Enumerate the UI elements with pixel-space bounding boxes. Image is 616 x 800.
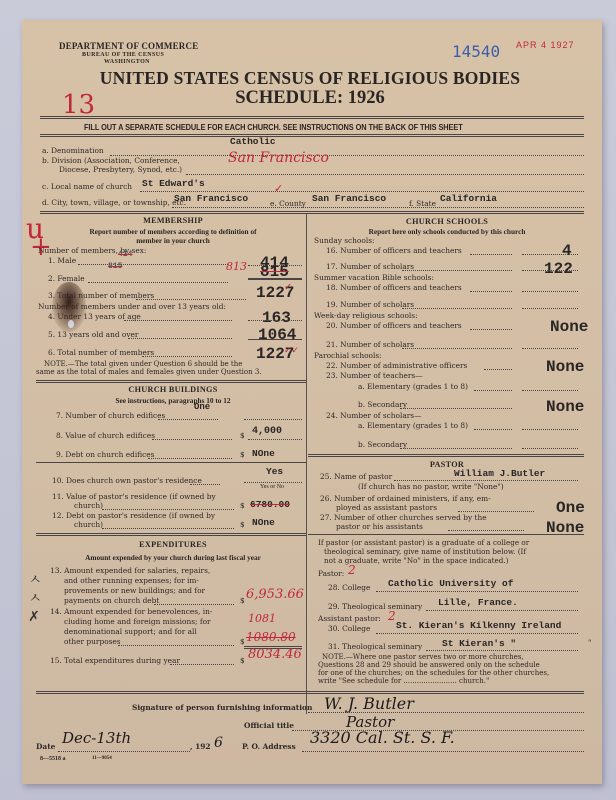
denomination-value[interactable]: Catholic xyxy=(230,136,276,147)
q23b-value[interactable]: None xyxy=(546,398,584,416)
buildings-title: CHURCH BUILDINGS xyxy=(42,385,304,394)
q13-value[interactable]: 6,953.66 xyxy=(246,587,304,602)
residence-debt-label-2: church) xyxy=(74,520,103,530)
city-label: WASHINGTON xyxy=(104,59,150,65)
q31-value[interactable]: St Kieran's " xyxy=(442,638,516,649)
q14-correction: 1081 xyxy=(248,612,276,625)
membership-title: MEMBERSHIP xyxy=(42,216,304,225)
q28-value[interactable]: Catholic University of xyxy=(388,578,513,589)
assistant-mark: 2 xyxy=(388,609,396,623)
pastor-name-hint: (If church has no pastor, write "None") xyxy=(358,482,504,492)
q24b-value-field[interactable] xyxy=(522,448,578,449)
male-struck-value: 414 xyxy=(118,250,132,259)
pastor-name-value[interactable]: William J.Butler xyxy=(454,468,545,479)
q29-value[interactable]: Lille, France. xyxy=(438,597,518,608)
q14-label-4: other purposes xyxy=(64,637,121,647)
census-schedule-paper: DEPARTMENT OF COMMERCE BUREAU OF THE CEN… xyxy=(22,20,602,784)
year-prefix: , 192 xyxy=(190,742,211,752)
local-name-value[interactable]: St Edward's xyxy=(142,178,205,189)
dollar-sign: $ xyxy=(240,596,245,606)
q30-value[interactable]: St. Kieran's Kilkenny Ireland xyxy=(396,620,561,631)
q24-label: 24. Number of scholars— xyxy=(326,411,422,421)
check-mark-icon: ✓ xyxy=(284,282,292,293)
q14-value[interactable]: 1080.80 xyxy=(246,630,296,644)
q24a-value-field[interactable] xyxy=(522,429,578,430)
q20-label: 20. Number of officers and teachers xyxy=(326,321,462,331)
church-edifices-value[interactable]: One xyxy=(194,402,210,412)
owns-residence-label: 10. Does church own pastor's residence xyxy=(52,476,202,486)
dollar-sign: $ xyxy=(240,520,245,530)
q13-label-3: provements or new buildings; and for xyxy=(64,586,205,596)
membership-subtitle-2: member in your church xyxy=(42,236,304,245)
weekday-schools-label: Week-day religious schools: xyxy=(314,311,418,321)
department-label: DEPARTMENT OF COMMERCE xyxy=(59,41,198,51)
q14-label-2: cluding home and foreign missions; for xyxy=(64,617,211,627)
edifice-debt-value[interactable]: NOne xyxy=(252,448,275,459)
expenditures-subtitle: Amount expended by your church during la… xyxy=(42,553,304,562)
yes-no-hint: Yes or No xyxy=(260,484,284,490)
male-label: 1. Male xyxy=(48,256,76,266)
residence-value-label-2: church) xyxy=(74,501,103,511)
year-suffix[interactable]: 6 xyxy=(214,735,223,751)
female-correction: 813 xyxy=(226,260,247,273)
paper-damage-mark xyxy=(68,320,74,328)
edifice-debt-label: 9. Debt on church edifices xyxy=(56,450,154,460)
q16-value[interactable]: 4 xyxy=(562,242,572,260)
edifice-value[interactable]: 4,000 xyxy=(252,426,282,437)
dollar-sign: $ xyxy=(240,501,245,511)
pastor-note-4: write "See schedule for ................… xyxy=(318,677,489,687)
q13-label-4: payments on church debt xyxy=(64,596,159,606)
q21-value-field[interactable] xyxy=(522,348,578,349)
schedule-title: SCHEDULE: 1926 xyxy=(90,88,530,109)
assistant-subheading: Assistant pastor: xyxy=(318,614,381,624)
q28-label: 28. College xyxy=(328,583,370,593)
check-mark-icon: ✓ xyxy=(274,182,283,195)
q13-label-1: 13. Amount expended for salaries, repair… xyxy=(50,566,210,576)
pastor-subheading: Pastor: xyxy=(318,569,344,579)
q23a-value-field[interactable] xyxy=(522,390,578,391)
bureau-label: BUREAU OF THE CENSUS xyxy=(82,52,164,58)
address-value[interactable]: 3320 Cal. St. S. F. xyxy=(310,728,455,747)
q23-label: 23. Number of teachers— xyxy=(326,371,423,381)
date-value[interactable]: Dec-13th xyxy=(62,729,131,747)
signature-label: Signature of person furnishing informati… xyxy=(132,703,312,713)
signature-value[interactable]: W. J. Butler xyxy=(324,694,414,713)
dollar-sign: $ xyxy=(240,656,245,666)
q19-value-field[interactable] xyxy=(522,308,578,309)
print-number: 11—9054 xyxy=(92,756,112,761)
received-date-stamp: APR 4 1927 xyxy=(516,40,575,50)
church-edifices-label: 7. Number of church edifices xyxy=(56,411,165,421)
stamp-number: 14540 xyxy=(452,42,500,61)
schools-subtitle: Report here only schools conducted by th… xyxy=(310,227,584,236)
county-value[interactable]: San Francisco xyxy=(312,193,386,204)
city-value[interactable]: San Francisco xyxy=(174,193,248,204)
schools-title: CHURCH SCHOOLS xyxy=(310,217,584,226)
q29-label: 29. Theological seminary xyxy=(328,602,422,612)
local-name-label: c. Local name of church xyxy=(42,182,132,192)
under-13-value[interactable]: 163 xyxy=(262,309,291,327)
q31-ditto: " xyxy=(588,638,591,648)
q18-value-field[interactable] xyxy=(522,291,578,292)
parochial-schools-label: Parochial schools: xyxy=(314,351,382,361)
summer-schools-label: Summer vacation Bible schools: xyxy=(314,273,434,283)
city-label: d. City, town, village, or township, etc… xyxy=(42,198,186,208)
total-expenditures-label: 15. Total expenditures during year xyxy=(50,656,180,666)
division-value[interactable]: San Francisco xyxy=(228,150,329,166)
q16-label: 16. Number of officers and teachers xyxy=(326,246,462,256)
q17-label: 17. Number of scholars xyxy=(326,262,414,272)
pastor-mark: 2 xyxy=(348,563,356,577)
denomination-label: a. Denomination xyxy=(42,146,104,156)
q23a-label: a. Elementary (grades 1 to 8) xyxy=(358,382,468,392)
q24a-label: a. Elementary (grades 1 to 8) xyxy=(358,421,468,431)
q19-label: 19. Number of scholars xyxy=(326,300,414,310)
total-members-label-q6: 6. Total number of members xyxy=(48,348,154,358)
female-struck-value: 815 xyxy=(108,262,122,271)
q14-label-3: denominational support; and for all xyxy=(64,627,197,637)
q31-label: 31. Theological seminary xyxy=(328,642,422,652)
date-label: Date xyxy=(36,742,55,752)
dollar-sign: $ xyxy=(240,431,245,441)
q30-label: 30. College xyxy=(328,624,370,634)
over-13-label: 5. 13 years old and over xyxy=(48,330,138,340)
address-label: P. O. Address xyxy=(242,742,296,752)
margin-check-marks: ㅅ ㅅ ✗ xyxy=(24,572,44,625)
official-title-label: Official title xyxy=(244,721,294,731)
q27-label-2: pastor or his assistants xyxy=(336,522,423,532)
sunday-schools-label: Sunday schools: xyxy=(314,236,374,246)
residence-value[interactable]: 6780.00 xyxy=(250,499,290,510)
q14-label-1: 14. Amount expended for benevolences, in… xyxy=(50,607,212,617)
division-label-2: Diocese, Presbytery, Synod, etc.) xyxy=(59,165,182,175)
total-expenditures-value[interactable]: 8034.46 xyxy=(248,647,302,662)
q17-value[interactable]: 122 xyxy=(544,260,573,278)
over-13-value[interactable]: 1064 xyxy=(258,326,296,344)
pastor-name-label: 25. Name of pastor xyxy=(320,472,392,482)
q20-value[interactable]: None xyxy=(550,318,588,336)
q26-label-2: ployed as assistant pastors xyxy=(336,503,437,513)
q21-label: 21. Number of scholars xyxy=(326,340,414,350)
q13-label-2: and other running expenses; for im- xyxy=(64,576,199,586)
instruction-banner: FILL OUT A SEPARATE SCHEDULE FOR EACH CH… xyxy=(84,122,463,132)
residence-debt-value[interactable]: NOne xyxy=(252,517,275,528)
q18-label: 18. Number of officers and teachers xyxy=(326,283,462,293)
q22-value[interactable]: None xyxy=(546,358,584,376)
expenditures-title: EXPENDITURES xyxy=(42,540,304,549)
membership-note-2: same as the total of males and females g… xyxy=(36,368,262,378)
edifice-value-label: 8. Value of church edifices xyxy=(56,431,155,441)
check-mark-icon: ✓✓ xyxy=(284,346,299,356)
q22-label: 22. Number of administrative officers xyxy=(326,361,467,371)
form-number: 8—5518 a xyxy=(40,756,66,762)
dollar-sign: $ xyxy=(240,450,245,460)
owns-residence-value[interactable]: Yes xyxy=(266,466,283,477)
buildings-subtitle: See instructions, paragraphs 10 to 12 xyxy=(42,396,304,405)
q26-value[interactable]: One xyxy=(556,499,585,517)
form-title: UNITED STATES CENSUS OF RELIGIOUS BODIES xyxy=(90,68,530,89)
state-value[interactable]: California xyxy=(440,193,497,204)
membership-subtitle-1: Report number of members according to de… xyxy=(42,227,304,236)
